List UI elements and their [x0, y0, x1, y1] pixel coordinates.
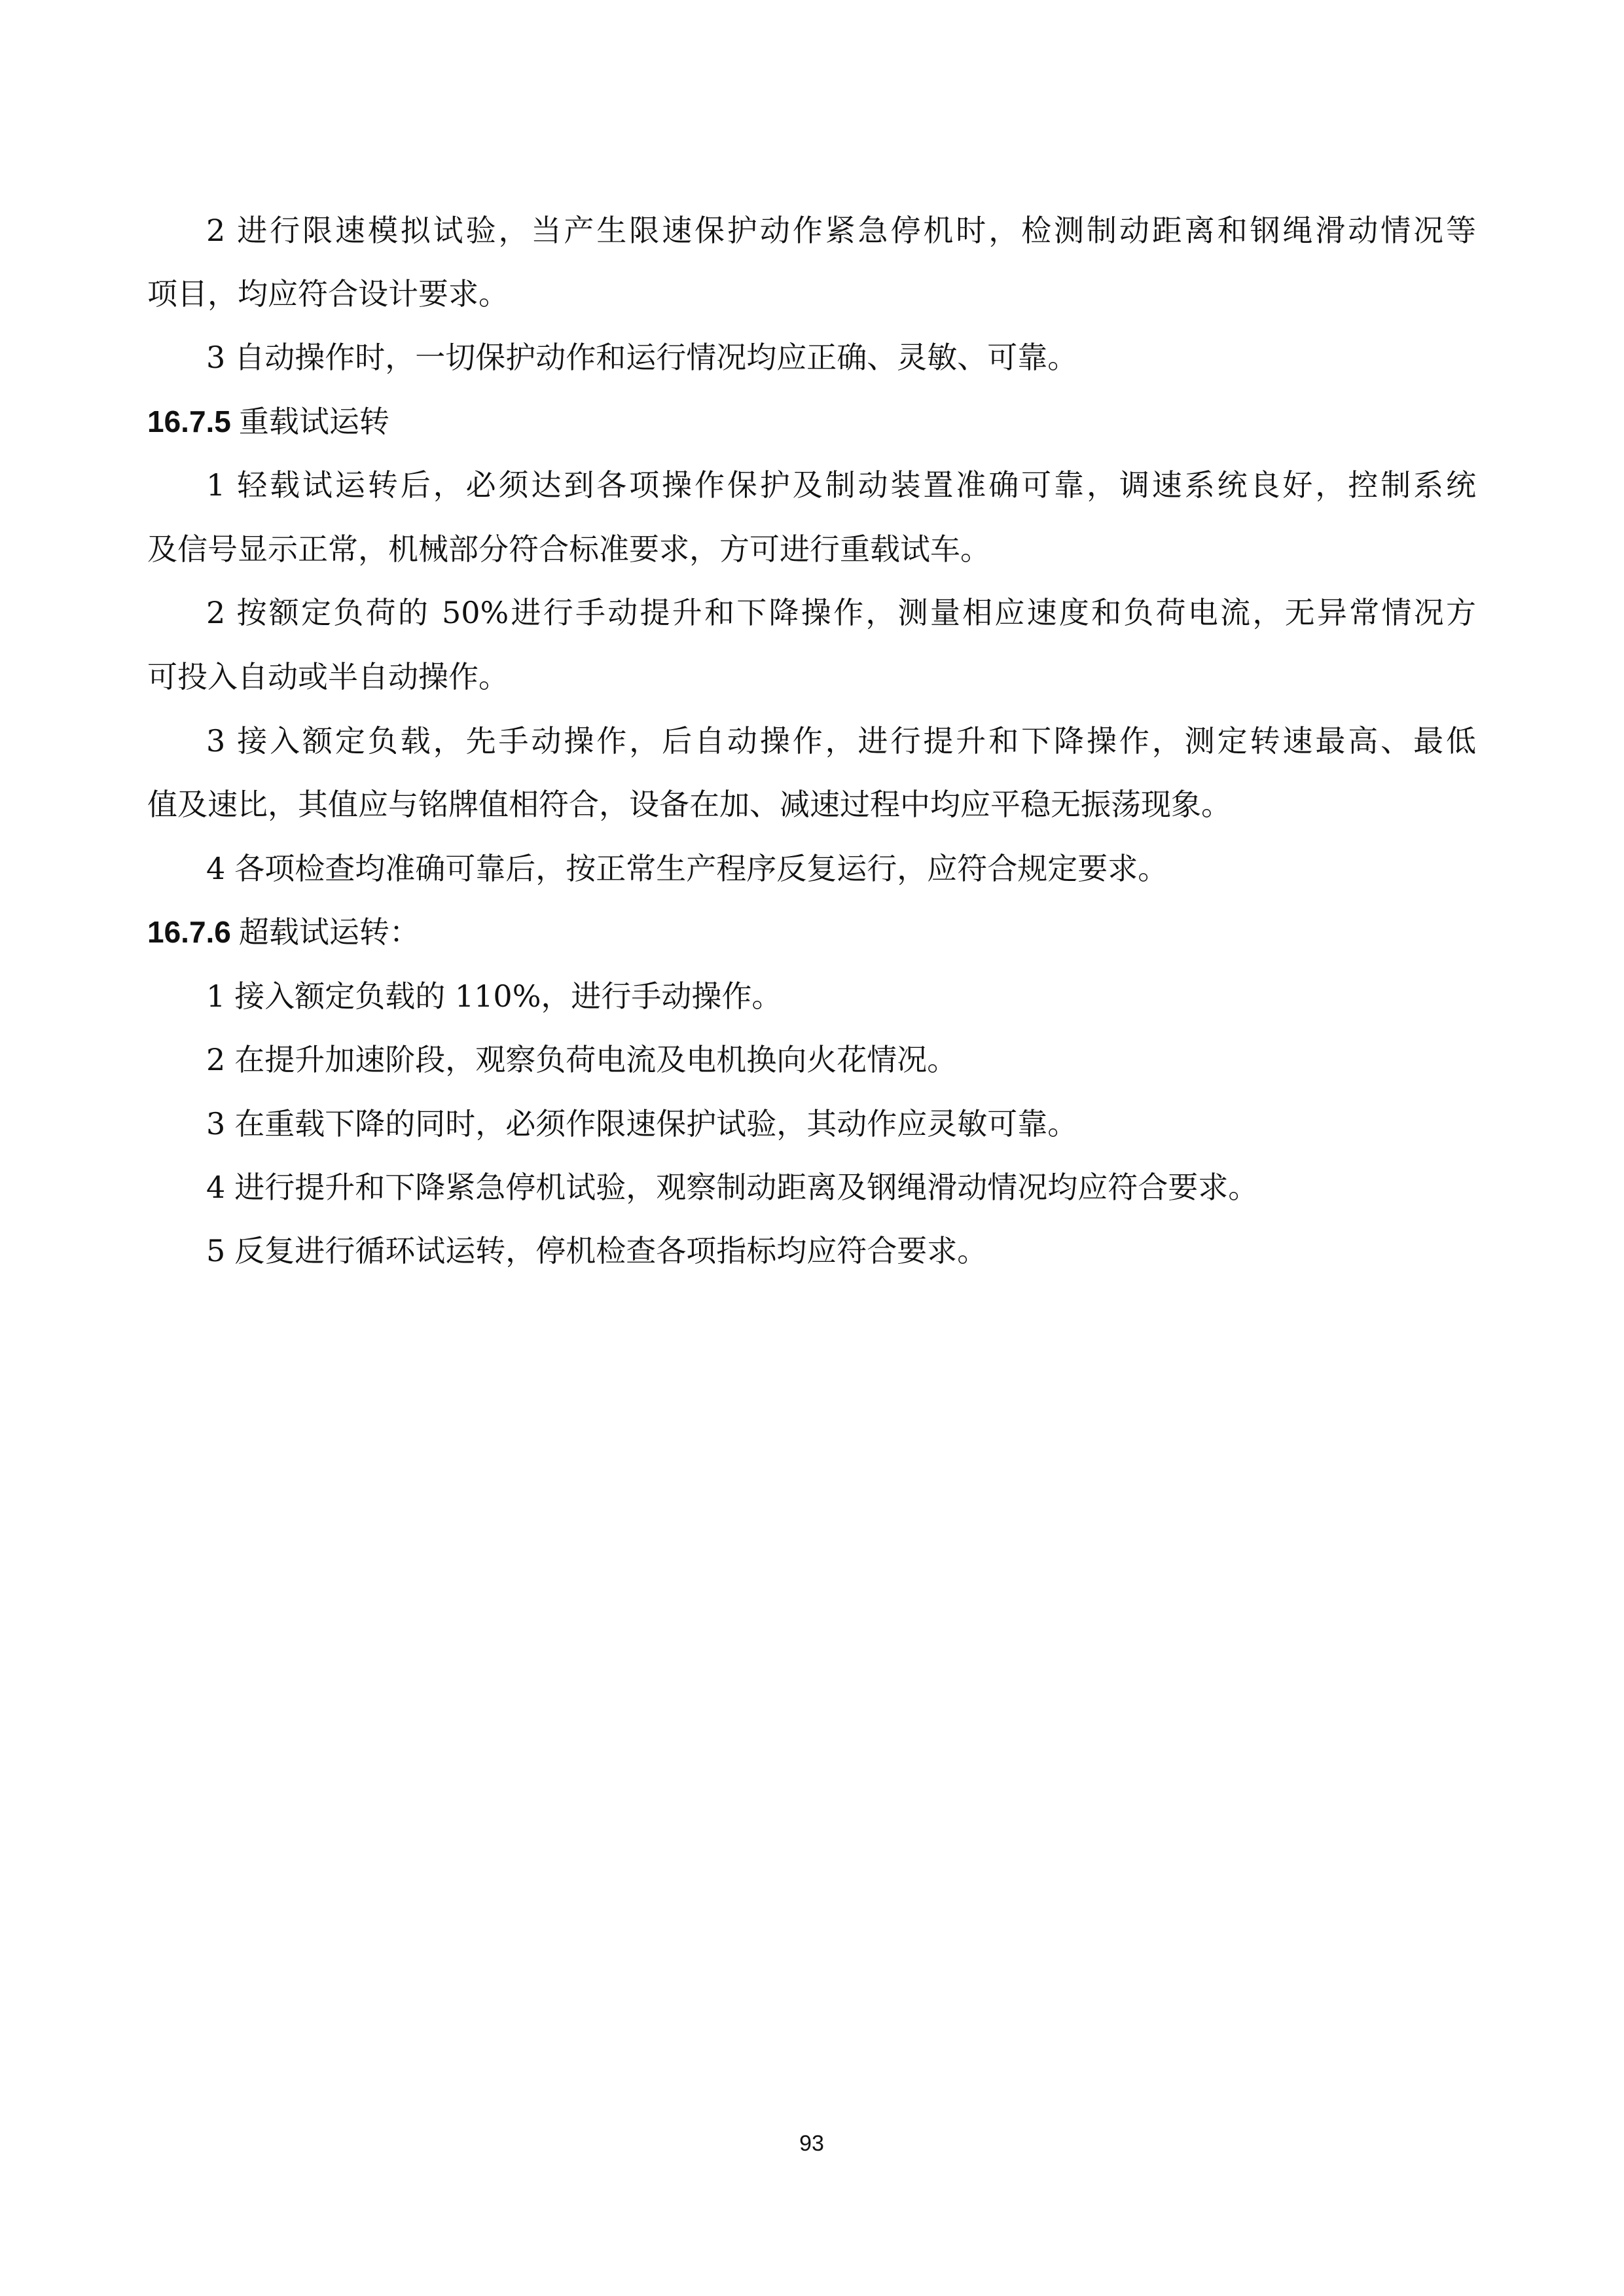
paragraph-line: 值及速比，其值应与铭牌值相符合，设备在加、减速过程中均应平稳无振荡现象。 [147, 785, 1476, 824]
paragraph-line: 3自动操作时，一切保护动作和运行情况均应正确、灵敏、可靠。 [206, 338, 1476, 377]
item-text: 值及速比，其值应与铭牌值相符合，设备在加、减速过程中均应平稳无振荡现象。 [147, 787, 1231, 822]
item-number: 2 [206, 213, 225, 248]
item-text: 按额定负荷的 50%进行手动提升和下降操作，测量相应速度和负荷电流，无异常情况方 [234, 595, 1476, 630]
document-page: 2进行限速模拟试验，当产生限速保护动作紧急停机时，检测制动距离和钢绳滑动情况等 … [0, 0, 1624, 2296]
item-text: 各项检查均准确可靠后，按正常生产程序反复运行，应符合规定要求。 [234, 851, 1168, 886]
item-number: 5 [206, 1233, 225, 1268]
paragraph-line: 5反复进行循环试运转，停机检查各项指标均应符合要求。 [206, 1231, 1476, 1270]
item-number: 4 [206, 1170, 225, 1205]
item-text: 可投入自动或半自动操作。 [147, 659, 509, 694]
section-number: 16.7.6 [147, 915, 231, 949]
item-number: 2 [206, 1042, 225, 1077]
paragraph-line: 3接入额定负载，先手动操作，后自动操作，进行提升和下降操作，测定转速最高、最低 [206, 721, 1476, 761]
paragraph-line: 3在重载下降的同时，必须作限速保护试验，其动作应灵敏可靠。 [206, 1104, 1476, 1143]
item-number: 1 [206, 978, 225, 1014]
section-heading-16-7-6: 16.7.6超载试运转： [147, 912, 1476, 952]
item-text: 进行限速模拟试验，当产生限速保护动作紧急停机时，检测制动距离和钢绳滑动情况等 [234, 213, 1476, 248]
section-number: 16.7.5 [147, 404, 231, 439]
paragraph-line: 2在提升加速阶段，观察负荷电流及电机换向火花情况。 [206, 1040, 1476, 1079]
item-number: 2 [206, 595, 225, 630]
item-text: 反复进行循环试运转，停机检查各项指标均应符合要求。 [234, 1233, 987, 1268]
paragraph-line: 2进行限速模拟试验，当产生限速保护动作紧急停机时，检测制动距离和钢绳滑动情况等 [206, 211, 1476, 250]
item-number: 3 [206, 340, 225, 375]
item-text: 接入额定负载，先手动操作，后自动操作，进行提升和下降操作，测定转速最高、最低 [234, 723, 1476, 759]
item-text: 在重载下降的同时，必须作限速保护试验，其动作应灵敏可靠。 [234, 1106, 1077, 1141]
item-text: 轻载试运转后，必须达到各项操作保护及制动装置准确可靠，调速系统良好，控制系统 [234, 467, 1476, 503]
item-number: 1 [206, 467, 225, 503]
item-text: 自动操作时，一切保护动作和运行情况均应正确、灵敏、可靠。 [234, 340, 1077, 375]
paragraph-line: 1轻载试运转后，必须达到各项操作保护及制动装置准确可靠，调速系统良好，控制系统 [206, 465, 1476, 505]
item-number: 4 [206, 851, 225, 886]
paragraph-line: 1接入额定负载的 110%，进行手动操作。 [206, 977, 1476, 1016]
item-text: 进行提升和下降紧急停机试验，观察制动距离及钢绳滑动情况均应符合要求。 [234, 1170, 1258, 1205]
paragraph-line: 及信号显示正常，机械部分符合标准要求，方可进行重载试车。 [147, 529, 1476, 569]
section-title: 超载试运转： [239, 914, 420, 950]
section-title: 重载试运转 [239, 404, 389, 439]
item-text: 及信号显示正常，机械部分符合标准要求，方可进行重载试车。 [147, 531, 990, 567]
item-text: 接入额定负载的 110%，进行手动操作。 [234, 978, 782, 1014]
paragraph-line: 4进行提升和下降紧急停机试验，观察制动距离及钢绳滑动情况均应符合要求。 [206, 1168, 1476, 1207]
paragraph-line: 可投入自动或半自动操作。 [147, 657, 1476, 696]
paragraph-line: 2按额定负荷的 50%进行手动提升和下降操作，测量相应速度和负荷电流，无异常情况… [206, 593, 1476, 632]
item-number: 3 [206, 723, 225, 759]
section-heading-16-7-5: 16.7.5重载试运转 [147, 402, 1476, 441]
paragraph-line: 项目，均应符合设计要求。 [147, 274, 1476, 314]
page-number: 93 [779, 2127, 844, 2160]
item-text: 在提升加速阶段，观察负荷电流及电机换向火花情况。 [234, 1042, 957, 1077]
item-number: 3 [206, 1106, 225, 1141]
item-text: 项目，均应符合设计要求。 [147, 276, 509, 312]
paragraph-line: 4各项检查均准确可靠后，按正常生产程序反复运行，应符合规定要求。 [206, 849, 1476, 888]
